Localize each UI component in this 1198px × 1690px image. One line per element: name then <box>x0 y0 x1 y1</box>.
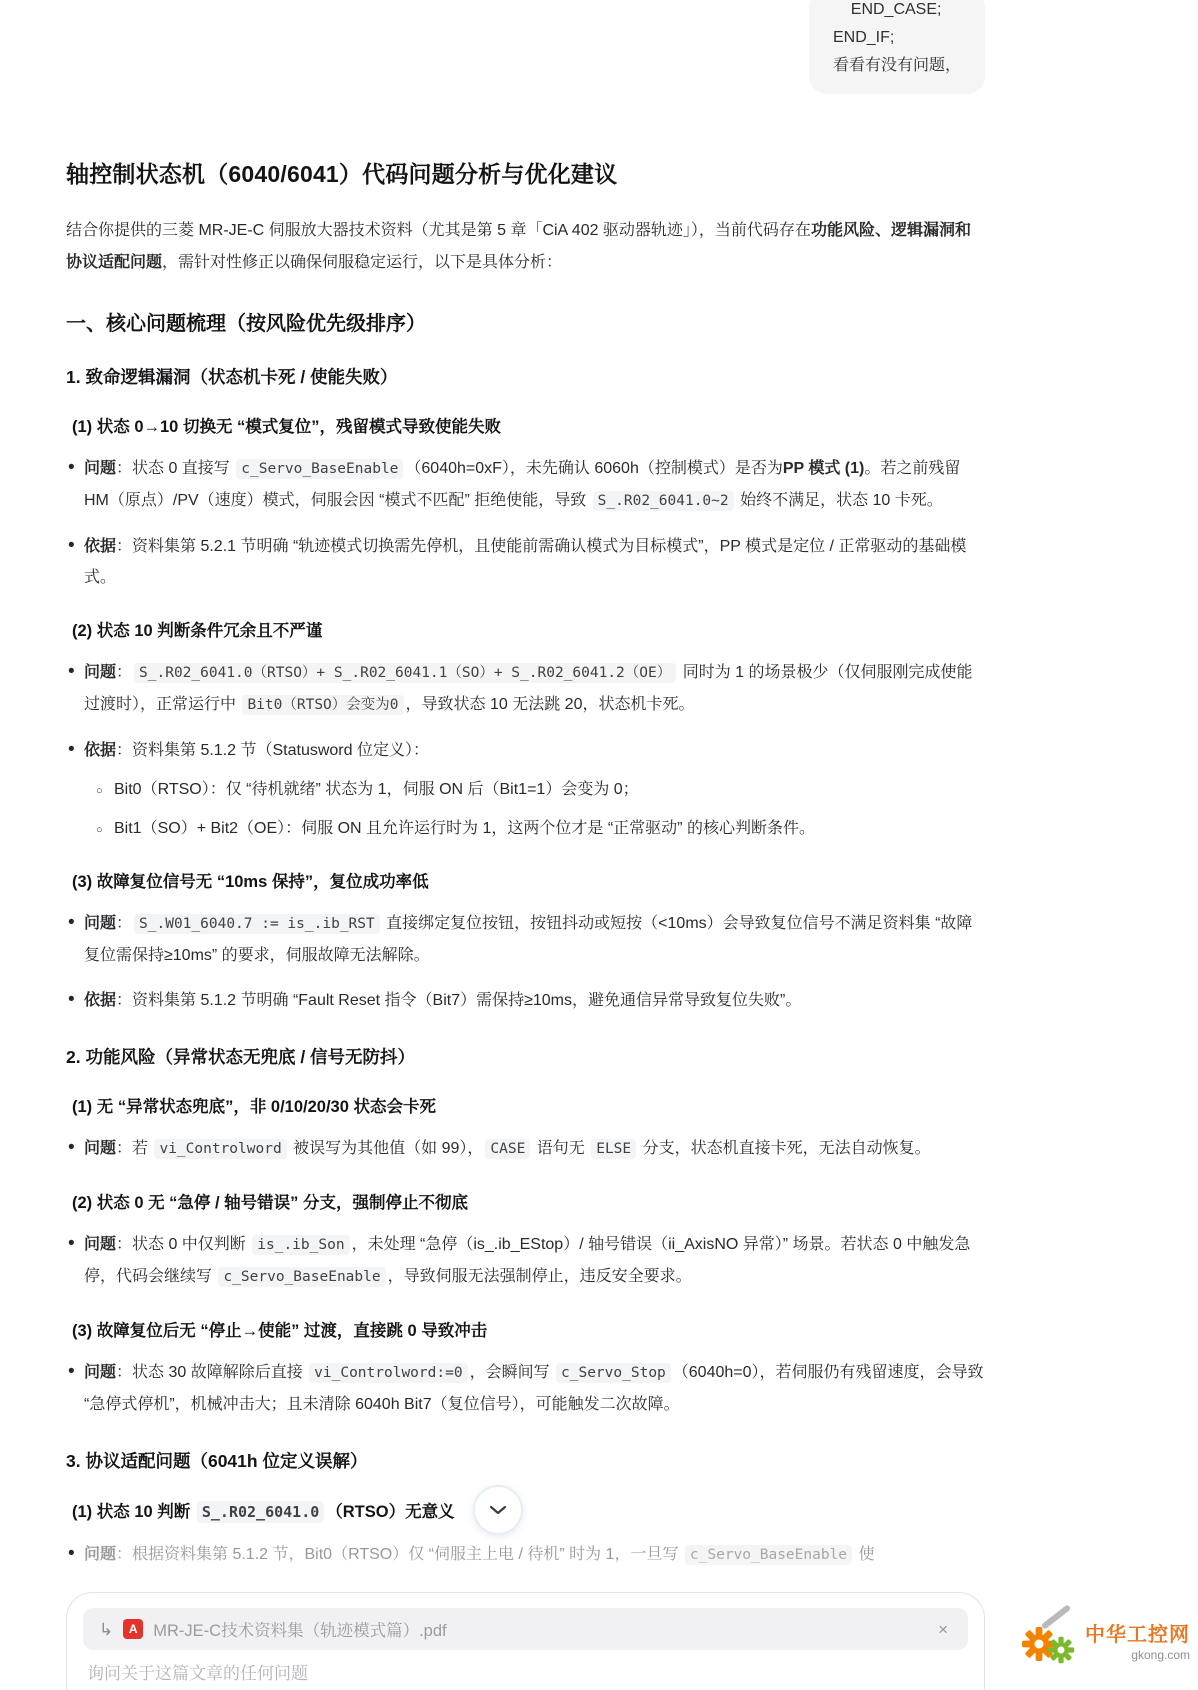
inline-code: vi_Controlword <box>154 1139 286 1159</box>
sub-bullet-marker: ○ <box>96 815 103 846</box>
bullet-marker: • <box>68 907 75 938</box>
block-text: 结合你提供的三菱 MR-JE-C 伺服放大器技术资料（尤其是第 5 章「CiA … <box>66 222 971 271</box>
block-text: 一、核心问题梳理（按风险优先级排序） <box>66 313 426 335</box>
bullet-item: •问题：S_.R02_6041.0（RTSO）+ S_.R02_6041.1（S… <box>66 657 985 721</box>
watermark-title: 中华工控网 <box>1085 1618 1190 1647</box>
subsection-heading: 3. 协议适配问题（6041h 位定义误解） <box>66 1448 985 1473</box>
block-text: (1) 状态 0→10 切换无 “模式复位”，残留模式导致使能失败 <box>72 418 501 436</box>
scroll-down-button[interactable] <box>473 1485 523 1535</box>
bullet-marker: • <box>68 530 75 561</box>
sub-bullet-item: ○Bit0（RTSO）：仅 “待机就绪” 状态为 1，伺服 ON 后（Bit1=… <box>66 774 985 805</box>
item-heading: (3) 故障复位信号无 “10ms 保持”，复位成功率低 <box>72 868 985 892</box>
faded-bullet-item: •问题：根据资料集第 5.1.2 节，Bit0（RTSO）仅 “伺服主上电 / … <box>66 1539 985 1571</box>
bullet-item: •问题：状态 0 直接写 c_Servo_BaseEnable（6040h=0x… <box>66 453 985 517</box>
chat-column: END_CASE; END_IF; 看看有没有问题， 轴控制状态机（6040/6… <box>66 0 985 1571</box>
bullet-item: •依据：资料集第 5.1.2 节明确 “Fault Reset 指令（Bit7）… <box>66 985 985 1016</box>
bullet-marker: • <box>68 1356 75 1387</box>
inline-code: c_Servo_Stop <box>556 1363 671 1383</box>
block-text: 问题：根据资料集第 5.1.2 节，Bit0（RTSO）仅 “伺服主上电 / 待… <box>84 1546 875 1563</box>
gear-icons <box>1021 1612 1079 1668</box>
bullet-marker: • <box>68 656 75 687</box>
bullet-marker: • <box>68 984 75 1015</box>
block-text: 问题：状态 0 直接写 c_Servo_BaseEnable（6040h=0xF… <box>84 460 960 509</box>
chevron-down-icon <box>489 1505 507 1515</box>
item-heading: (2) 状态 10 判断条件冗余且不严谨 <box>72 617 985 641</box>
block-text: Bit1（SO）+ Bit2（OE）：伺服 ON 且允许运行时为 1，这两个位才… <box>114 820 815 837</box>
user-message-bubble: END_CASE; END_IF; 看看有没有问题， <box>809 0 985 94</box>
gkong-watermark: 中华工控网 gkong.com <box>1021 1612 1190 1668</box>
block-text: 问题：若 vi_Controlword 被误写为其他值（如 99），CASE 语… <box>84 1140 931 1157</box>
article-blocks: 结合你提供的三菱 MR-JE-C 伺服放大器技术资料（尤其是第 5 章「CiA … <box>66 215 985 1571</box>
watermark-text: 中华工控网 gkong.com <box>1085 1618 1190 1662</box>
gear-green-icon <box>1047 1636 1075 1669</box>
bullet-item: •问题：S_.W01_6040.7 := is_.ib_RST 直接绑定复位按钮… <box>66 908 985 971</box>
inline-code: is_.ib_Son <box>252 1235 349 1255</box>
close-attachment-icon[interactable]: × <box>934 1617 952 1642</box>
bullet-marker: • <box>68 1538 75 1569</box>
inline-code: S_.R02_6041.0（RTSO）+ S_.R02_6041.1（SO）+ … <box>134 663 676 683</box>
subsection-heading: 1. 致命逻辑漏洞（状态机卡死 / 使能失败） <box>66 364 985 389</box>
bullet-item: •问题：若 vi_Controlword 被误写为其他值（如 99），CASE … <box>66 1133 985 1165</box>
bullet-item: •依据：资料集第 5.2.1 节明确 “轨迹模式切换需先停机，且使能前需确认模式… <box>66 531 985 593</box>
block-text: (1) 状态 10 判断 S_.R02_6041.0（RTSO）无意义 <box>72 1498 455 1522</box>
block-text: 问题：状态 0 中仅判断 is_.ib_Son，未处理 “急停（is_.ib_E… <box>84 1236 970 1285</box>
composer-panel: ↳ A MR-JE-C技术资料集（轨迹模式篇）.pdf × <box>66 1592 985 1690</box>
block-text: (3) 故障复位信号无 “10ms 保持”，复位成功率低 <box>72 873 429 891</box>
bullet-marker: • <box>68 452 75 483</box>
block-text: 依据：资料集第 5.2.1 节明确 “轨迹模式切换需先停机，且使能前需确认模式为… <box>84 538 966 586</box>
block-text: 1. 致命逻辑漏洞（状态机卡死 / 使能失败） <box>66 367 398 387</box>
block-text: 3. 协议适配问题（6041h 位定义误解） <box>66 1451 367 1471</box>
chat-page: END_CASE; END_IF; 看看有没有问题， 轴控制状态机（6040/6… <box>0 0 1198 1690</box>
user-message-line: END_IF; <box>833 24 961 52</box>
block-text: 问题：状态 30 故障解除后直接 vi_Controlword:=0，会瞬间写 … <box>84 1364 984 1413</box>
reply-arrow-icon: ↳ <box>99 1621 113 1638</box>
inline-code: c_Servo_BaseEnable <box>218 1267 385 1287</box>
bullet-item: •问题：状态 0 中仅判断 is_.ib_Son，未处理 “急停（is_.ib_… <box>66 1229 985 1293</box>
attachment-chip[interactable]: ↳ A MR-JE-C技术资料集（轨迹模式篇）.pdf × <box>83 1608 968 1650</box>
inline-code: c_Servo_BaseEnable <box>236 459 403 479</box>
assistant-message: 轴控制状态机（6040/6041）代码问题分析与优化建议 结合你提供的三菱 MR… <box>66 156 985 1571</box>
inline-code: S_.W01_6040.7 := is_.ib_RST <box>134 914 380 934</box>
inline-code: CASE <box>485 1139 530 1159</box>
block-text: Bit0（RTSO）：仅 “待机就绪” 状态为 1，伺服 ON 后（Bit1=1… <box>114 781 639 798</box>
sub-bullet-item: ○Bit1（SO）+ Bit2（OE）：伺服 ON 且允许运行时为 1，这两个位… <box>66 813 985 844</box>
block-text: (3) 故障复位后无 “停止→使能” 过渡，直接跳 0 导致冲击 <box>72 1322 487 1340</box>
block-text: (2) 状态 10 判断条件冗余且不严谨 <box>72 622 322 640</box>
inline-code: vi_Controlword:=0 <box>309 1363 467 1383</box>
block-text: 依据：资料集第 5.1.2 节（Statusword 位定义）： <box>84 742 429 759</box>
item-heading: (1) 状态 10 判断 S_.R02_6041.0（RTSO）无意义 <box>72 1497 985 1523</box>
block-text: 依据：资料集第 5.1.2 节明确 “Fault Reset 指令（Bit7）需… <box>84 992 801 1009</box>
inline-code: S_.R02_6041.0~2 <box>593 491 734 511</box>
inline-code: Bit0（RTSO）会变为0 <box>242 695 403 715</box>
bullet-marker: • <box>68 1228 75 1259</box>
watermark-subtitle: gkong.com <box>1131 1648 1190 1662</box>
article-title: 轴控制状态机（6040/6041）代码问题分析与优化建议 <box>66 156 985 189</box>
attachment-filename: MR-JE-C技术资料集（轨迹模式篇）.pdf <box>153 1617 446 1641</box>
block-text: 问题：S_.R02_6041.0（RTSO）+ S_.R02_6041.1（SO… <box>84 664 973 713</box>
block-text: (2) 状态 0 无 “急停 / 轴号错误” 分支，强制停止不彻底 <box>72 1194 468 1212</box>
pdf-icon: A <box>123 1619 143 1639</box>
block-text: 2. 功能风险（异常状态无兜底 / 信号无防抖） <box>66 1047 415 1067</box>
section-heading: 一、核心问题梳理（按风险优先级排序） <box>66 307 985 336</box>
item-heading: (1) 状态 0→10 切换无 “模式复位”，残留模式导致使能失败 <box>72 413 985 437</box>
block-text: 问题：S_.W01_6040.7 := is_.ib_RST 直接绑定复位按钮，… <box>84 915 972 964</box>
item-heading: (1) 无 “异常状态兜底”，非 0/10/20/30 状态会卡死 <box>72 1093 985 1117</box>
paragraph: 结合你提供的三菱 MR-JE-C 伺服放大器技术资料（尤其是第 5 章「CiA … <box>66 215 985 279</box>
user-message-line: 看看有没有问题， <box>833 52 961 80</box>
user-message-row: END_CASE; END_IF; 看看有没有问题， <box>66 0 985 94</box>
bullet-item: •问题：状态 30 故障解除后直接 vi_Controlword:=0，会瞬间写… <box>66 1357 985 1420</box>
inline-code: ELSE <box>591 1139 636 1159</box>
sub-bullet-marker: ○ <box>96 776 103 807</box>
bullet-marker: • <box>68 1132 75 1163</box>
bullet-marker: • <box>68 734 75 765</box>
inline-code: S_.R02_6041.0 <box>197 1501 324 1523</box>
inline-code: c_Servo_BaseEnable <box>685 1545 852 1565</box>
user-message-line: END_CASE; <box>833 0 961 24</box>
item-heading: (3) 故障复位后无 “停止→使能” 过渡，直接跳 0 导致冲击 <box>72 1317 985 1341</box>
item-heading: (2) 状态 0 无 “急停 / 轴号错误” 分支，强制停止不彻底 <box>72 1189 985 1213</box>
chat-input[interactable] <box>85 1663 966 1685</box>
block-text: (1) 无 “异常状态兜底”，非 0/10/20/30 状态会卡死 <box>72 1098 436 1116</box>
subsection-heading: 2. 功能风险（异常状态无兜底 / 信号无防抖） <box>66 1044 985 1069</box>
bullet-item: •依据：资料集第 5.1.2 节（Statusword 位定义）： <box>66 735 985 766</box>
